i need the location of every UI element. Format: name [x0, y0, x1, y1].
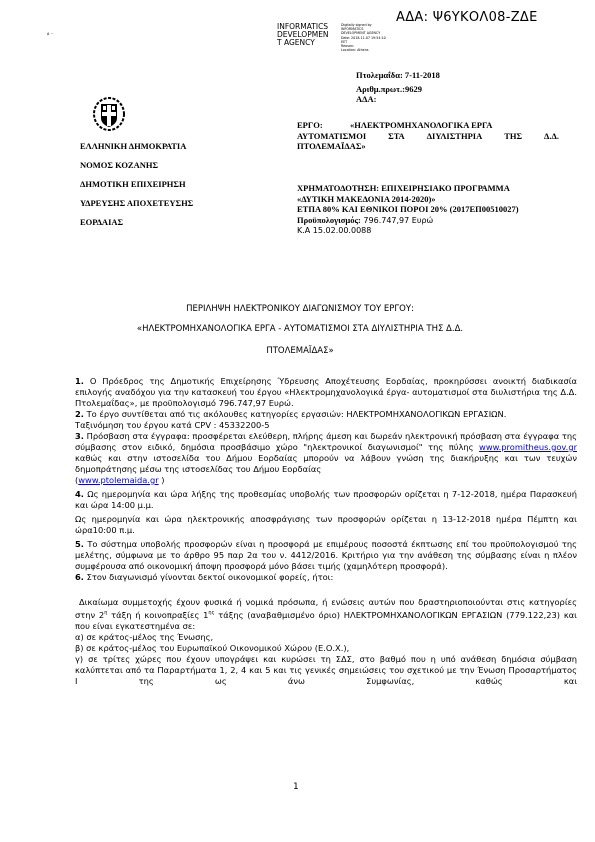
paragraph-number: 1.	[75, 376, 84, 386]
org-line: ΕΟΡΔΑΙΑΣ	[80, 213, 193, 232]
cpv-classification: Ταξινόμηση του έργου κατά CPV : 45332200…	[75, 420, 577, 431]
funding-line: ΕΤΠΑ 80% ΚΑΙ ΕΘΝΙΚΟΙ ΠΟΡΟΙ 20% (2017ΕΠ00…	[297, 204, 577, 215]
paragraph-1: 1. Ο Πρόεδρος της Δημοτικής Επιχείρησης …	[75, 376, 577, 409]
paragraph-text: καθώς και στην ιστοσελίδα του Δήμου Εορδ…	[75, 453, 577, 474]
paragraph-4-opening: Ως ημερομηνία και ώρα ηλεκτρονικής αποσφ…	[75, 514, 577, 536]
project-word: ΔΙΥΛΙΣΤΗΡΙΑ	[427, 131, 483, 142]
ptolemaida-link[interactable]: www.ptolemaida.gr	[78, 475, 158, 485]
paragraph-4: 4. Ως ημερομηνία και ώρα λήξης της προθε…	[75, 489, 577, 511]
project-title-line2: ΑΥΤΟΜΑΤΙΣΜΟΙ ΣΤΑ ΔΙΥΛΙΣΤΗΡΙΑ ΤΗΣ Δ.Δ.	[297, 131, 559, 142]
budget-line: Προϋπολογισμός: 796.747,97 Ευρώ	[297, 215, 577, 227]
paragraph-2: 2. Το έργο συντίθεται από τις ακόλουθες …	[75, 409, 577, 420]
paragraph-5: 5. Το σύστημα υποβολής προσφορών είναι η…	[75, 539, 577, 572]
page-number: 1	[293, 782, 298, 792]
paragraph-3-link-line: (www.ptolemaida.gr )	[75, 475, 577, 486]
paragraph-number: 4.	[75, 489, 84, 499]
funding-line: «ΔΥΤΙΚΗ ΜΑΚΕΔΟΝΙΑ 2014-2020)»	[297, 194, 577, 205]
notice-body: 1. Ο Πρόεδρος της Δημοτικής Επιχείρησης …	[75, 376, 577, 687]
paragraph-text: Το έργο συντίθεται από τις ακόλουθες κατ…	[87, 409, 507, 419]
document-meta: Πτολεμαΐδα: 7-11-2018 Αριθμ.πρωτ.:9629 Α…	[356, 69, 440, 105]
project-block: ΕΡΓΟ: «ΗΛΕΚΤΡΟΜΗΧΑΝΟΛΟΓΙΚΑ ΕΡΓΑ ΑΥΤΟΜΑΤΙ…	[297, 120, 559, 152]
digital-signature-logo: INFORMATICS DEVELOPMEN T AGENCY	[277, 23, 329, 47]
document-date: Πτολεμαΐδα: 7-11-2018	[356, 69, 440, 81]
list-item-c: γ) σε τρίτες χώρες που έχουν υπογράψει κ…	[75, 654, 577, 687]
digital-signature-details: Digitally signed by INFORMATICS DEVELOPM…	[341, 23, 386, 52]
summary-project-title: «ΗΛΕΚΤΡΟΜΗΧΑΝΟΛΟΓΙΚΑ ΕΡΓΑ - ΑΥΤΟΜΑΤΙΣΜΟΙ…	[60, 324, 540, 334]
paragraph-text: Το σύστημα υποβολής προσφορών είναι η πρ…	[75, 539, 577, 571]
paragraph-text: Στον διαγωνισμό γίνονται δεκτοί οικονομι…	[87, 572, 334, 582]
participation-rights: Δικαίωμα συμμετοχής έχουν φυσικά ή νομικ…	[75, 597, 577, 632]
summary-heading: ΠΕΡΙΛΗΨΗ ΗΛΕΚΤΡΟΝΙΚΟΥ ΔΙΑΓΩΝΙΣΜΟΥ ΤΟΥ ΕΡ…	[60, 304, 540, 314]
greek-coat-of-arms-icon	[92, 96, 126, 132]
signature-line: Date: 2018.11.07 19:54:10	[341, 36, 386, 40]
org-line: ΝΟΜΟΣ ΚΟΖΑΝΗΣ	[80, 156, 193, 175]
budget-label: Προϋπολογισμός:	[297, 215, 361, 225]
ka-code: Κ.Α 15.02.00.0088	[297, 226, 577, 237]
project-title-line3: ΠΤΟΛΕΜΑΪΔΑΣ»	[297, 141, 559, 152]
funding-line: ΧΡΗΜΑΤΟΔΟΤΗΣΗ: ΕΠΙΧΕΙΡΗΣΙΑΚΟ ΠΡΟΓΡΑΜΜΑ	[297, 183, 577, 194]
list-item-a: α) σε κράτος-μέλος της Ένωσης,	[75, 632, 577, 643]
project-word: ΤΗΣ	[504, 131, 522, 142]
ida-logo-line: T AGENCY	[277, 39, 329, 47]
scan-mark: ᴬ ⁻	[47, 32, 53, 38]
promitheus-link[interactable]: www.promitheus.gov.gr	[479, 442, 577, 452]
funding-block: ΧΡΗΜΑΤΟΔΟΤΗΣΗ: ΕΠΙΧΕΙΡΗΣΙΑΚΟ ΠΡΟΓΡΑΜΜΑ «…	[297, 183, 577, 237]
project-title-line1: «ΗΛΕΚΤΡΟΜΗΧΑΝΟΛΟΓΙΚΑ ΕΡΓΑ	[350, 120, 492, 131]
paragraph-text: Ο Πρόεδρος της Δημοτικής Επιχείρησης Ύδρ…	[75, 376, 577, 408]
paragraph-number: 3.	[75, 431, 84, 441]
project-word: ΑΥΤΟΜΑΤΙΣΜΟΙ	[297, 131, 366, 142]
project-word: ΣΤΑ	[388, 131, 405, 142]
paragraph-number: 5.	[75, 539, 84, 549]
paragraph-text: Ως ημερομηνία και ώρα λήξης της προθεσμί…	[75, 489, 577, 510]
list-item-b: β) σε κράτος-μέλος του Ευρωπαϊκού Οικονο…	[75, 643, 577, 654]
paragraph-number: 6.	[75, 572, 84, 582]
paren: )	[159, 475, 165, 485]
project-label: ΕΡΓΟ:	[297, 120, 345, 131]
summary-project-title-cont: ΠΤΟΛΕΜΑΪΔΑΣ»	[60, 346, 540, 356]
ada-code-header: ΑΔΑ: Ψ6ΥΚΟΛ08-ΖΔΕ	[396, 10, 538, 25]
org-line: ΕΛΛΗΝΙΚΗ ΔΗΜΟΚΡΑΤΙΑ	[80, 137, 193, 156]
budget-value: 796.747,97 Ευρώ	[361, 216, 433, 225]
paragraph-text: τάξη ή κοινοπραξίες 1	[107, 610, 208, 620]
org-line: ΥΔΡΕΥΣΗΣ ΑΠΟΧΕΤΕΥΣΗΣ	[80, 194, 193, 213]
org-line: ΔΗΜΟΤΙΚΗ ΕΠΙΧΕΙΡΗΣΗ	[80, 175, 193, 194]
signature-line: Location: Athens	[341, 48, 386, 52]
issuing-organization: ΕΛΛΗΝΙΚΗ ΔΗΜΟΚΡΑΤΙΑ ΝΟΜΟΣ ΚΟΖΑΝΗΣ ΔΗΜΟΤΙ…	[80, 137, 193, 232]
paragraph-3: 3. Πρόσβαση στα έγγραφα: προσφέρεται ελε…	[75, 431, 577, 475]
signature-line: DEVELOPMENT AGENCY	[341, 31, 386, 35]
paragraph-6: 6. Στον διαγωνισμό γίνονται δεκτοί οικον…	[75, 572, 577, 583]
project-word: Δ.Δ.	[544, 131, 559, 142]
paragraph-number: 2.	[75, 409, 84, 419]
